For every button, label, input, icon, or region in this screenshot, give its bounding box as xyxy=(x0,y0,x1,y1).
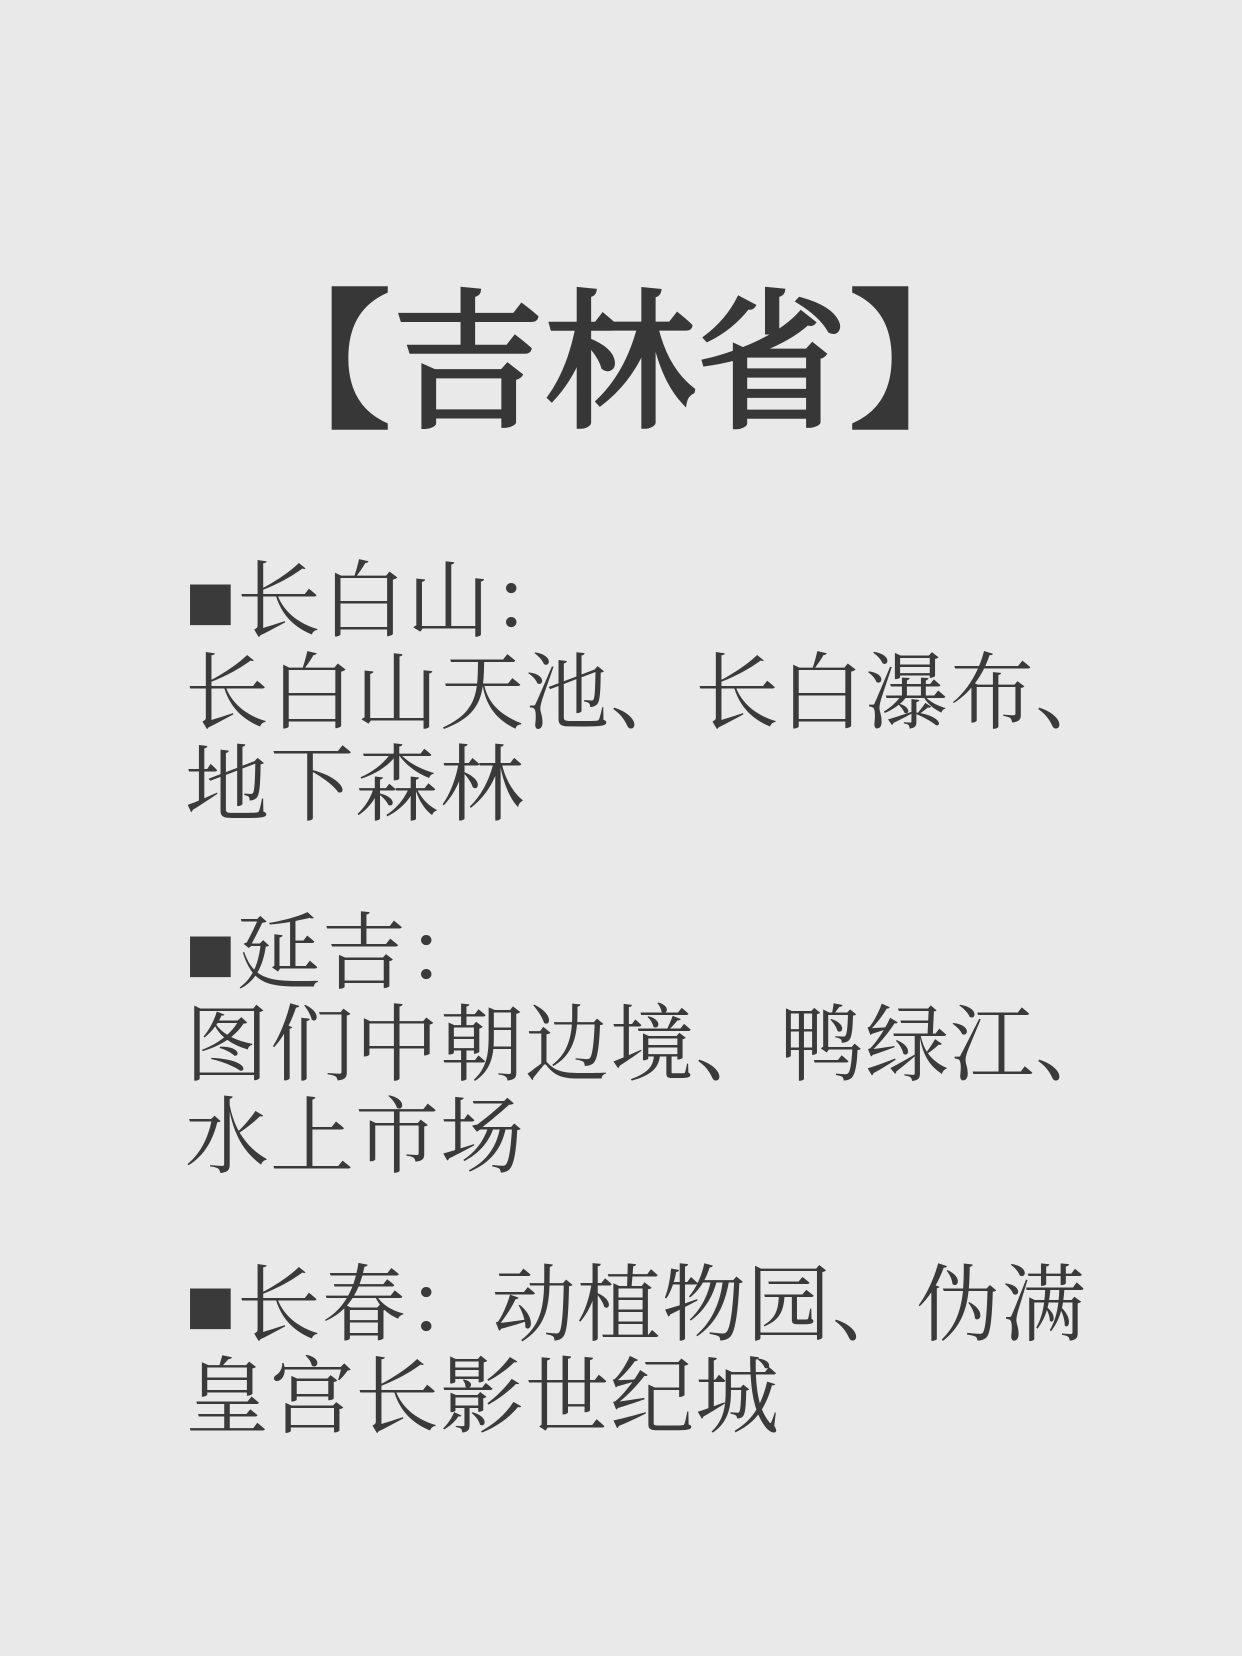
section-header: ■长白山： xyxy=(185,555,1182,647)
section-body-line: 地下森林 xyxy=(185,739,1182,831)
page-title: 【吉林省】 xyxy=(0,283,1242,443)
section-yanji: ■延吉： 图们中朝边境、鸭绿江、 水上市场 xyxy=(185,907,1182,1183)
section-header: ■长春：动植物园、伪满 xyxy=(185,1259,1182,1351)
section-body-line: 皇宫长影世纪城 xyxy=(185,1351,1182,1443)
section-header: ■延吉： xyxy=(185,907,1182,999)
info-card: 【吉林省】 ■长白山： 长白山天池、长白瀑布、 地下森林 ■延吉： 图们中朝边境… xyxy=(0,0,1242,1656)
content: ■长白山： 长白山天池、长白瀑布、 地下森林 ■延吉： 图们中朝边境、鸭绿江、 … xyxy=(0,555,1242,1443)
section-body-line: 水上市场 xyxy=(185,1091,1182,1183)
section-body-line: 图们中朝边境、鸭绿江、 xyxy=(185,999,1182,1091)
section-changbaishan: ■长白山： 长白山天池、长白瀑布、 地下森林 xyxy=(185,555,1182,831)
section-changchun: ■长春：动植物园、伪满 皇宫长影世纪城 xyxy=(185,1259,1182,1443)
section-body-line: 长白山天池、长白瀑布、 xyxy=(185,647,1182,739)
